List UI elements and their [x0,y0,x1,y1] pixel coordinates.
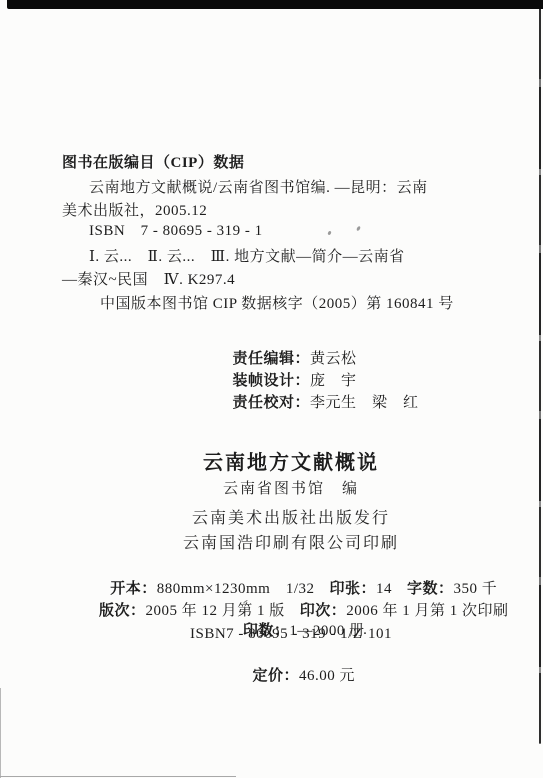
scan-artifact-top-bar [7,0,543,9]
scan-artifact-bottom-edge-line [0,776,236,777]
scan-artifact-left-edge-line [0,688,1,778]
scan-speck [327,231,331,236]
credit-proofreader-row: 责任校对：李元生 梁 红 [207,378,419,430]
printer-line: 云南国浩印刷有限公司印刷 [39,535,543,553]
publisher-line: 云南美术出版社出版发行 [39,510,543,528]
cip-record-number: 中国版本图书馆 CIP 数据核字（2005）第 160841 号 [100,296,454,313]
book-editor: 云南省图书馆 编 [39,481,543,498]
cip-header: 图书在版编目（CIP）数据 [62,155,244,172]
price-value: 46.00 元 [299,668,355,684]
cip-entry-line2: 美术出版社，2005.12 [62,203,207,220]
colophon-isbn: ISBN7 - 80695 - 319 - 1/Z·101 [39,626,543,643]
scanned-copyright-page: 图书在版编目（CIP）数据 云南地方文献概说/云南省图书馆编. —昆明：云南 美… [0,0,543,778]
cip-classification-line2: —秦汉~民国 Ⅳ. K297.4 [62,272,235,289]
credit-proofreader-value: 李元生 梁 红 [310,395,419,411]
cip-classification-line1: Ⅰ. 云... Ⅱ. 云... Ⅲ. 地方文献—简介—云南省 [89,249,405,266]
book-title: 云南地方文献概说 [39,452,543,475]
scan-speck [356,226,361,232]
price-label: 定价： [252,668,299,684]
colophon-price-row: 定价：46.00 元 [39,651,543,703]
cip-entry-line1: 云南地方文献概说/云南省图书馆编. —昆明：云南 [89,180,428,197]
cip-isbn: ISBN 7 - 80695 - 319 - 1 [89,223,263,240]
credit-proofreader-label: 责任校对： [233,395,311,411]
